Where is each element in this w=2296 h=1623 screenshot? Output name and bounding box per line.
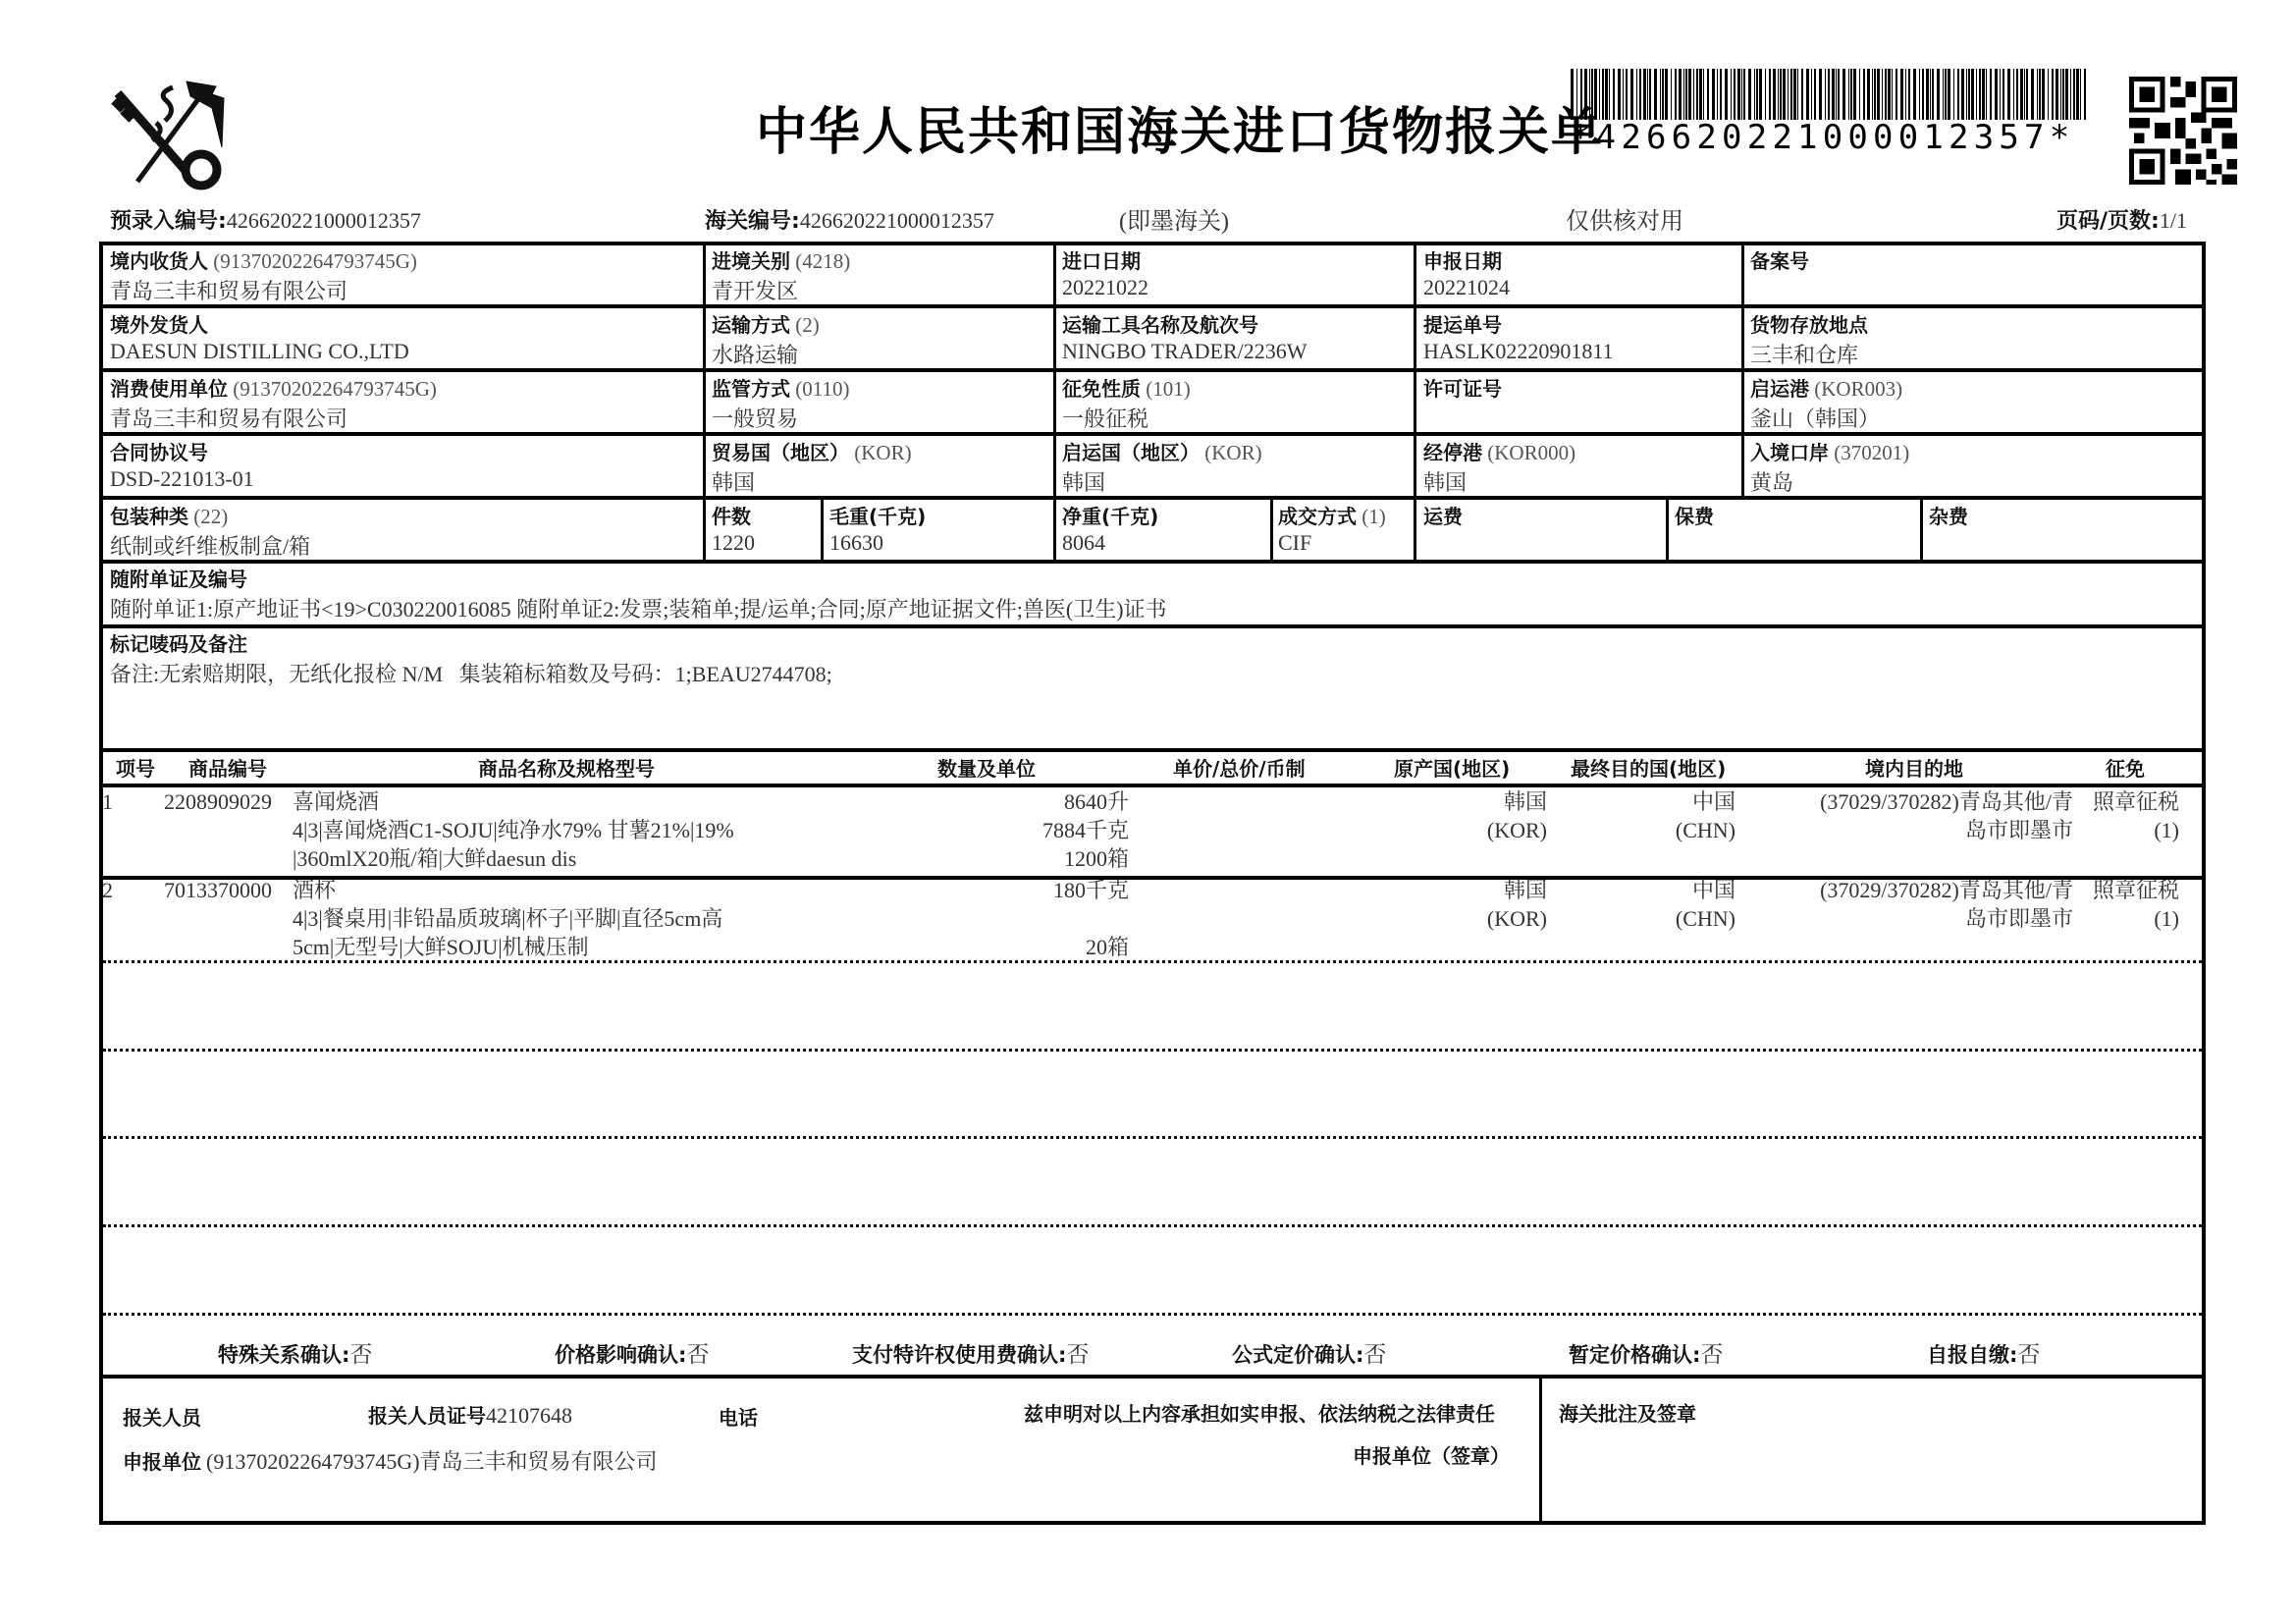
license-label: 许可证号 bbox=[1423, 373, 1502, 402]
verify-only-note: 仅供核对用 bbox=[1566, 201, 1683, 236]
grid-line bbox=[1666, 496, 1669, 560]
storage-value: 三丰和仓库 bbox=[1750, 339, 1858, 369]
entry-port-value: 黄岛 bbox=[1750, 466, 1793, 497]
field-code: (2) bbox=[790, 313, 820, 337]
gross-weight-label: 毛重(千克) bbox=[829, 501, 926, 529]
confirm-label: 公式定价确认: bbox=[1232, 1343, 1363, 1367]
confirm-value: 否 bbox=[349, 1342, 372, 1367]
goods-header-price: 单价/总价/币制 bbox=[1173, 753, 1306, 782]
legal-statement: 兹申明对以上内容承担如实申报、依法纳税之法律责任 bbox=[1024, 1398, 1495, 1427]
stop-port-value: 韩国 bbox=[1423, 466, 1467, 497]
import-date-value: 20221022 bbox=[1062, 275, 1148, 300]
supervision-value: 一般贸易 bbox=[712, 403, 798, 433]
contract-label: 合同协议号 bbox=[110, 437, 208, 465]
freight-label: 运费 bbox=[1423, 501, 1463, 529]
departure-port-value: 釜山（韩国） bbox=[1750, 403, 1880, 433]
grid-line bbox=[99, 1375, 2206, 1379]
consignor-label: 境外发货人 bbox=[110, 309, 208, 338]
goods-item-no: 2 bbox=[102, 876, 113, 904]
field-code: (KOR003) bbox=[1809, 377, 1902, 401]
vessel-value: NINGBO TRADER/2236W bbox=[1062, 339, 1308, 364]
grid-line bbox=[1539, 1375, 1542, 1525]
grid-line bbox=[99, 432, 2206, 436]
confirm-value: 否 bbox=[1363, 1342, 1386, 1367]
pieces-value: 1220 bbox=[712, 530, 755, 556]
declarant-cert-no: 42107648 bbox=[486, 1403, 572, 1428]
field-code: (4218) bbox=[790, 249, 850, 273]
declaring-unit-value: (91370202264793745G)青岛三丰和贸易有限公司 bbox=[206, 1449, 658, 1474]
remarks-label: 标记唛码及备注 bbox=[110, 628, 247, 657]
grid-line bbox=[1414, 496, 1416, 560]
customs-number: 海关编号:426620221000012357 bbox=[705, 204, 994, 235]
goods-origin: 韩国 (KOR) bbox=[1487, 787, 1547, 844]
field-code: (101) bbox=[1141, 377, 1191, 401]
grid-line bbox=[103, 1136, 2202, 1139]
storage-label: 货物存放地点 bbox=[1750, 309, 1868, 338]
confirm-label: 价格影响确认: bbox=[555, 1343, 686, 1367]
goods-levy: 照章征税 (1) bbox=[2093, 876, 2179, 933]
goods-name: 酒杯 bbox=[293, 876, 336, 904]
customs-number-label: 海关编号: bbox=[705, 209, 800, 234]
net-weight-value: 8064 bbox=[1062, 530, 1105, 556]
declaring-unit-label: 申报单位 bbox=[123, 1450, 201, 1474]
phone-label: 电话 bbox=[719, 1402, 758, 1431]
customs-approval-label: 海关批注及签章 bbox=[1559, 1398, 1696, 1427]
transaction-mode-label: 成交方式 (1) bbox=[1278, 501, 1386, 529]
grid-line bbox=[103, 1049, 2202, 1052]
confirm-label: 暂定价格确认: bbox=[1569, 1343, 1700, 1367]
bill-of-lading-label: 提运单号 bbox=[1423, 309, 1502, 338]
goods-domestic-dest: (37029/370282)青岛其他/青 岛市即墨市 bbox=[1820, 787, 2073, 844]
goods-header-levy: 征免 bbox=[2106, 753, 2145, 782]
net-weight-label: 净重(千克) bbox=[1062, 501, 1158, 529]
grid-line bbox=[99, 496, 2206, 500]
pre-entry-number: 预录入编号:426620221000012357 bbox=[110, 204, 421, 235]
goods-hs-code: 7013370000 bbox=[164, 876, 272, 904]
documents-label: 随附单证及编号 bbox=[110, 564, 247, 592]
grid-line bbox=[1920, 496, 1923, 560]
form-title: 中华人民共和国海关进口货物报关单 bbox=[756, 90, 1604, 164]
levy-nature-value: 一般征税 bbox=[1062, 403, 1148, 433]
import-date-label: 进口日期 bbox=[1062, 245, 1141, 274]
goods-header-item: 项号 bbox=[116, 753, 155, 782]
goods-header-final-dest: 最终目的国(地区) bbox=[1571, 753, 1726, 782]
grid-line bbox=[1270, 496, 1273, 560]
insurance-label: 保费 bbox=[1675, 501, 1714, 529]
departure-port-label: 启运港 (KOR003) bbox=[1750, 373, 1902, 402]
confirm-special-relation: 特殊关系确认:否 bbox=[218, 1336, 372, 1369]
declaring-unit: 申报单位 (91370202264793745G)青岛三丰和贸易有限公司 bbox=[123, 1445, 658, 1476]
levy-nature-label: 征免性质 (101) bbox=[1062, 373, 1191, 402]
goods-final-dest: 中国 (CHN) bbox=[1676, 876, 1735, 933]
confirm-royalty: 支付特许权使用费确认:否 bbox=[852, 1336, 1089, 1369]
record-no-label: 备案号 bbox=[1750, 245, 1809, 274]
field-code: (91370202264793745G) bbox=[208, 249, 417, 273]
declare-date-label: 申报日期 bbox=[1423, 245, 1502, 274]
goods-hs-code: 2208909029 bbox=[164, 787, 272, 816]
goods-header-origin: 原产国(地区) bbox=[1394, 753, 1510, 782]
goods-spec: 4|3|餐桌用|非铅晶质玻璃|杯子|平脚|直径5cm高 5cm|无型号|大鲜SO… bbox=[293, 904, 722, 961]
goods-header-domestic-dest: 境内目的地 bbox=[1865, 753, 1963, 782]
goods-spec: 4|3|喜闻烧酒C1-SOJU|纯净水79% 甘薯21%|19% |360mlX… bbox=[293, 816, 734, 873]
declare-date-value: 20221024 bbox=[1423, 275, 1510, 300]
field-code: (0110) bbox=[790, 377, 849, 401]
confirm-value: 否 bbox=[686, 1342, 709, 1367]
confirm-price-influence: 价格影响确认:否 bbox=[555, 1336, 709, 1369]
declarant-cert: 报关人员证号42107648 bbox=[368, 1400, 572, 1429]
barcode-icon bbox=[1571, 69, 2091, 120]
confirm-value: 否 bbox=[2017, 1342, 2040, 1367]
grid-line bbox=[103, 1313, 2202, 1316]
grid-line bbox=[1053, 242, 1056, 496]
supervision-label: 监管方式 (0110) bbox=[712, 373, 849, 402]
package-type-label: 包装种类 (22) bbox=[110, 501, 228, 529]
goods-header-name: 商品名称及规格型号 bbox=[478, 753, 655, 782]
trade-country-label: 贸易国（地区） (KOR) bbox=[712, 437, 912, 465]
consignee-value: 青岛三丰和贸易有限公司 bbox=[110, 275, 347, 305]
page-label: 页码/页数: bbox=[2056, 209, 2160, 234]
consignee-label: 境内收货人 (91370202264793745G) bbox=[110, 245, 417, 274]
grid-line bbox=[1741, 242, 1744, 496]
goods-final-dest: 中国 (CHN) bbox=[1676, 787, 1735, 844]
transport-mode-value: 水路运输 bbox=[712, 339, 798, 369]
grid-line bbox=[103, 1224, 2202, 1227]
goods-levy: 照章征税 (1) bbox=[2093, 787, 2179, 844]
vessel-label: 运输工具名称及航次号 bbox=[1062, 309, 1258, 338]
consignor-value: DAESUN DISTILLING CO.,LTD bbox=[110, 339, 409, 364]
page-value: 1/1 bbox=[2160, 208, 2187, 233]
pieces-label: 件数 bbox=[712, 501, 751, 529]
entry-port-label: 入境口岸 (370201) bbox=[1750, 437, 1909, 465]
origin-country-label: 启运国（地区） (KOR) bbox=[1062, 437, 1262, 465]
gross-weight-value: 16630 bbox=[829, 530, 883, 556]
grid-line bbox=[1414, 242, 1416, 496]
grid-line bbox=[99, 748, 2206, 752]
goods-domestic-dest: (37029/370282)青岛其他/青 岛市即墨市 bbox=[1820, 876, 2073, 933]
package-type-value: 纸制或纤维板制盒/箱 bbox=[110, 530, 310, 561]
confirm-label: 特殊关系确认: bbox=[218, 1343, 349, 1367]
documents-value: 随附单证1:原产地证书<19>C030220016085 随附单证2:发票;装箱… bbox=[110, 593, 1167, 623]
field-code: (1) bbox=[1357, 505, 1386, 528]
grid-line bbox=[703, 496, 706, 560]
field-code: (91370202264793745G) bbox=[228, 377, 437, 401]
goods-origin: 韩国 (KOR) bbox=[1487, 876, 1547, 933]
goods-header-hs: 商品编号 bbox=[188, 753, 267, 782]
field-code: (KOR000) bbox=[1482, 441, 1575, 464]
declarant-label: 报关人员 bbox=[123, 1402, 201, 1431]
bill-of-lading-value: HASLK02220901811 bbox=[1423, 339, 1614, 364]
pre-entry-label: 预录入编号: bbox=[110, 209, 227, 234]
confirm-value: 否 bbox=[1700, 1342, 1723, 1367]
confirm-value: 否 bbox=[1066, 1342, 1089, 1367]
transport-mode-label: 运输方式 (2) bbox=[712, 309, 820, 338]
page-indicator: 页码/页数:1/1 bbox=[2056, 204, 2187, 235]
remarks-value: 备注:无索赔期限，无纸化报检 N/M 集装箱标箱数及号码：1;BEAU27447… bbox=[110, 658, 832, 688]
goods-quantity: 180千克 20箱 bbox=[1053, 876, 1129, 961]
customs-office: (即墨海关) bbox=[1119, 201, 1229, 236]
confirm-formula-pricing: 公式定价确认:否 bbox=[1232, 1336, 1386, 1369]
confirm-label: 支付特许权使用费确认: bbox=[852, 1343, 1066, 1367]
field-code: (370201) bbox=[1829, 441, 1909, 464]
consumer-value: 青岛三丰和贸易有限公司 bbox=[110, 403, 347, 433]
field-code: (KOR) bbox=[849, 441, 912, 464]
stop-port-label: 经停港 (KOR000) bbox=[1423, 437, 1575, 465]
goods-item-no: 1 bbox=[102, 787, 113, 816]
entry-customs-label: 进境关别 (4218) bbox=[712, 245, 850, 274]
grid-line bbox=[821, 496, 824, 560]
transaction-mode-value: CIF bbox=[1278, 530, 1311, 556]
barcode-number: *426620221000012357* bbox=[1571, 118, 2091, 157]
qr-code-icon bbox=[2128, 77, 2238, 185]
customs-number-value: 426620221000012357 bbox=[800, 208, 994, 233]
trade-country-value: 韩国 bbox=[712, 466, 755, 497]
field-code: (KOR) bbox=[1200, 441, 1262, 464]
confirm-provisional-price: 暂定价格确认:否 bbox=[1569, 1336, 1723, 1369]
origin-country-value: 韩国 bbox=[1062, 466, 1105, 497]
misc-fee-label: 杂费 bbox=[1929, 501, 1968, 529]
field-code: (22) bbox=[188, 505, 228, 528]
declarant-cert-label: 报关人员证号 bbox=[368, 1404, 486, 1428]
entry-customs-value: 青开发区 bbox=[712, 275, 798, 305]
grid-line bbox=[99, 560, 2206, 564]
grid-line bbox=[99, 624, 2206, 628]
grid-line bbox=[99, 368, 2206, 372]
contract-value: DSD-221013-01 bbox=[110, 466, 254, 492]
pre-entry-value: 426620221000012357 bbox=[227, 208, 421, 233]
customs-emblem-icon bbox=[108, 74, 231, 191]
confirm-label: 自报自缴: bbox=[1927, 1343, 2017, 1367]
seal-label: 申报单位（签章） bbox=[1353, 1440, 1510, 1469]
grid-line bbox=[99, 304, 2206, 308]
grid-line bbox=[1053, 496, 1056, 560]
consumer-label: 消费使用单位 (91370202264793745G) bbox=[110, 373, 437, 402]
goods-header-qty: 数量及单位 bbox=[937, 753, 1036, 782]
confirm-self-declare: 自报自缴:否 bbox=[1927, 1336, 2040, 1369]
goods-quantity: 8640升 7884千克 1200箱 bbox=[1042, 787, 1129, 873]
goods-name: 喜闻烧酒 bbox=[293, 787, 379, 816]
